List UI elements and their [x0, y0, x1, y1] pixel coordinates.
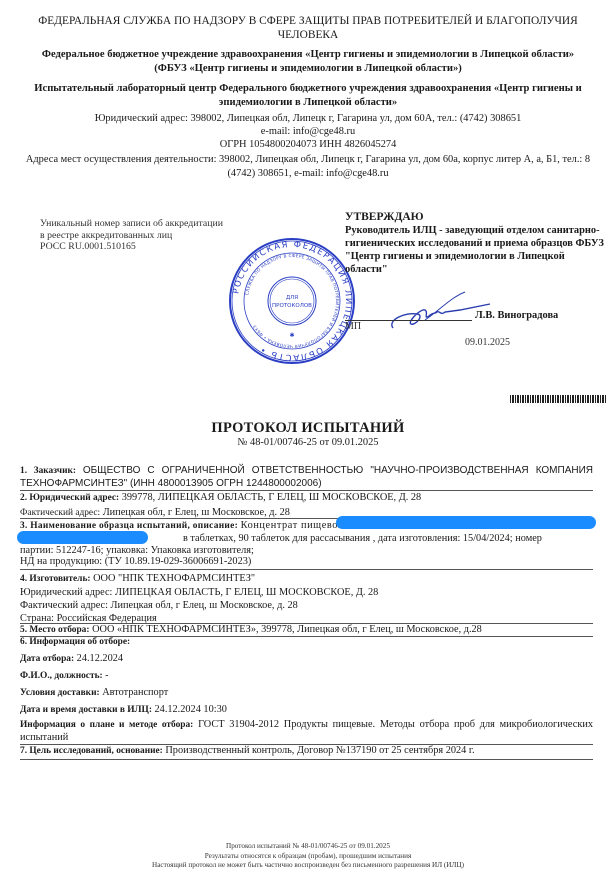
activity-addresses: Адреса мест осуществления деятельности: … [14, 153, 602, 181]
sampler-row: Ф.И.О., должность: - [20, 670, 593, 683]
delivery-conditions-label: Условия доставки: [20, 688, 100, 698]
delivery-time-row: Дата и время доставки в ИЛЦ: 24.12.2024 … [20, 704, 593, 717]
delivery-conditions-row: Условия доставки: Автотранспорт [20, 687, 593, 700]
svg-text:✱: ✱ [289, 332, 294, 339]
legal-address-value: 399778, ЛИПЕЦКАЯ ОБЛАСТЬ, Г ЕЛЕЦ, Ш МОСК… [122, 492, 421, 503]
sampling-info-label: 6. Информация об отборе: [20, 637, 593, 649]
purpose-label: 7. Цель исследований, основание: [20, 746, 163, 756]
protocol-title: ПРОТОКОЛ ИСПЫТАНИЙ [0, 420, 616, 437]
manufacturer-value: ООО "НПК ТЕХНОФАРМСИНТЕЗ" [93, 573, 255, 584]
actual-address-label: Фактический адрес: [20, 508, 100, 518]
accreditation-line-1: Уникальный номер записи об аккредитации [40, 218, 280, 230]
sampler-label: Ф.И.О., должность: [20, 671, 103, 681]
signature-line [345, 320, 472, 321]
institution-short-name: (ФБУЗ «Центр гигиены и эпидемиологии в Л… [14, 62, 602, 76]
purpose-value: Производственный контроль, Договор №1371… [165, 745, 474, 756]
manufacturer-label: 4. Изготовитель: [20, 574, 91, 584]
institution-full-name: Федеральное бюджетное учреждение здравоо… [14, 48, 602, 62]
sampler-value: - [105, 671, 108, 681]
sample-value-batch: партии: 512247-16; упаковка: Упаковка из… [20, 545, 593, 557]
section-sampling-info: 6. Информация об отборе: [20, 637, 593, 649]
laboratory-center-name: Испытательный лабораторный центр Федерал… [14, 82, 602, 110]
ogrn-inn: ОГРН 1054800204073 ИНН 4826045274 [14, 138, 602, 151]
section-sampling-place: 5. Место отбора: ООО «НПК ТЕХНОФАРМСИНТЕ… [20, 624, 593, 637]
manufacturer-legal-address: Юридический адрес: ЛИПЕЦКАЯ ОБЛАСТЬ, Г Е… [20, 586, 593, 599]
sampling-date-label: Дата отбора: [20, 654, 74, 664]
sampling-plan-row: Информация о плане и методе отбора: ГОСТ… [20, 719, 593, 744]
divider [20, 569, 593, 570]
actual-address-value: Липецкая обл, г Елец, ш Московское, д. 2… [103, 507, 290, 518]
approval-title: УТВЕРЖДАЮ [345, 210, 605, 224]
agency-name: ФЕДЕРАЛЬНАЯ СЛУЖБА ПО НАДЗОРУ В СФЕРЕ ЗА… [20, 14, 596, 42]
approval-position: Руководитель ИЛЦ - заведующий отделом са… [345, 224, 605, 276]
svg-text:ПРОТОКОЛОВ: ПРОТОКОЛОВ [272, 303, 312, 309]
sampling-date-value: 24.12.2024 [77, 653, 123, 664]
redaction-mark [17, 531, 148, 544]
delivery-time-label: Дата и время доставки в ИЛЦ: [20, 705, 152, 715]
footer-protocol-ref: Протокол испытаний № 48-01/00746-25 от 0… [0, 842, 616, 852]
section-customer: 1. Заказчик: ОБЩЕСТВО С ОГРАНИЧЕННОЙ ОТВ… [20, 465, 593, 490]
footer-results-note: Результаты относятся к образцам (пробам)… [0, 852, 616, 862]
sampling-place-label: 5. Место отбора: [20, 625, 90, 635]
official-stamp-icon: РОССИЙСКАЯ ФЕДЕРАЦИЯ ЛИПЕЦКАЯ ОБЛАСТЬ • … [228, 237, 356, 365]
test-protocol-page: ФЕДЕРАЛЬНАЯ СЛУЖБА ПО НАДЗОРУ В СФЕРЕ ЗА… [0, 0, 616, 886]
legal-address: Юридический адрес: 398002, Липецкая обл,… [14, 112, 602, 125]
svg-text:ДЛЯ: ДЛЯ [286, 295, 298, 301]
sampling-place-value: ООО «НПК ТЕХНОФАРМСИНТЕЗ», 399778, Липец… [92, 624, 482, 635]
sample-nd: НД на продукцию: (ТУ 10.89.19-029-360066… [20, 556, 593, 568]
delivery-time-value: 24.12.2024 10:30 [155, 704, 227, 715]
legal-address-label: 2. Юридический адрес: [20, 493, 119, 503]
barcode-icon [510, 395, 606, 403]
approval-date: 09.01.2025 [465, 337, 510, 348]
institution-contacts: Юридический адрес: 398002, Липецкая обл,… [14, 112, 602, 151]
protocol-number: № 48-01/00746-25 от 09.01.2025 [0, 437, 616, 448]
sampling-plan-label: Информация о плане и методе отбора: [20, 720, 193, 730]
email: e-mail: info@cge48.ru [14, 125, 602, 138]
footer-reproduction-note: Настоящий протокол не может быть частичн… [0, 861, 616, 871]
redaction-mark [336, 516, 596, 529]
institution-name: Федеральное бюджетное учреждение здравоо… [14, 48, 602, 76]
sample-value-start: Концентрат пищевой [241, 520, 345, 531]
divider [20, 490, 593, 491]
customer-label: 1. Заказчик: [20, 466, 76, 476]
sampling-date-row: Дата отбора: 24.12.2024 [20, 653, 593, 666]
delivery-conditions-value: Автотранспорт [102, 687, 168, 698]
customer-value: ОБЩЕСТВО С ОГРАНИЧЕННОЙ ОТВЕТСТВЕННОСТЬЮ… [20, 465, 593, 489]
seal-place-label: МП [345, 321, 361, 332]
signatory-name: Л.В. Виноградова [475, 310, 558, 321]
sample-label: 3. Наименование образца испытаний, описа… [20, 521, 238, 531]
page-footer: Протокол испытаний № 48-01/00746-25 от 0… [0, 842, 616, 871]
manufacturer-actual-address: Фактический адрес: Липецкая обл, г Елец,… [20, 599, 593, 612]
section-manufacturer: 4. Изготовитель: ООО "НПК ТЕХНОФАРМСИНТЕ… [20, 572, 593, 625]
section-purpose: 7. Цель исследований, основание: Произво… [20, 745, 593, 758]
approval-block: УТВЕРЖДАЮ Руководитель ИЛЦ - заведующий … [345, 210, 605, 276]
divider [20, 759, 593, 760]
